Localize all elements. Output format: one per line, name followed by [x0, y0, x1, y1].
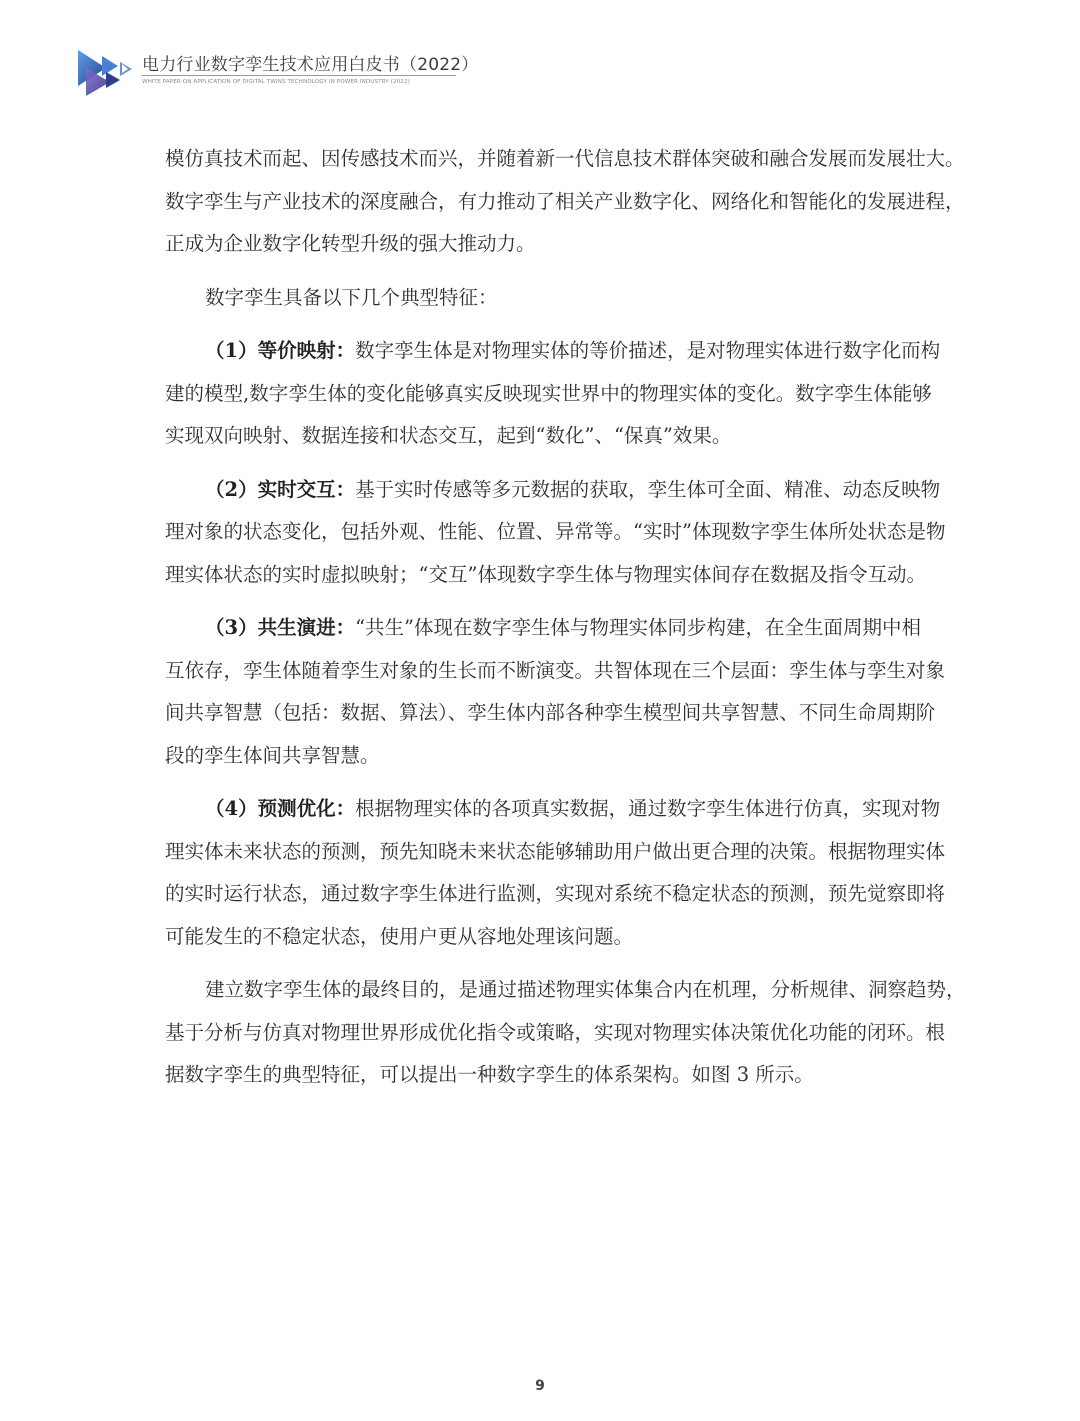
header-title: 电力行业数字孪生技术应用白皮书（2022） — [142, 50, 478, 75]
text-line: 正成为企业数字化转型升级的强大推动力。 — [165, 223, 925, 266]
text-line: 理实体状态的实时虚拟映射；“交互”体现数字孪生体与物理实体间存在数据及指令互动。 — [165, 554, 925, 597]
document-body: 模仿真技术而起、因传感技术而兴，并随着新一代信息技术群体突破和融合发展而发展壮大… — [165, 138, 925, 1097]
text-line: 数字孪生体是对物理实体的等价描述，是对物理实体进行数字化而构 — [355, 339, 940, 362]
paragraph-conclusion: 建立数字孪生体的最终目的，是通过描述物理实体集合内在机理，分析规律、洞察趋势， … — [165, 969, 925, 1097]
text-line: 段的孪生体间共享智慧。 — [165, 735, 925, 778]
text-line: 可能发生的不稳定状态，使用户更从容地处理该问题。 — [165, 916, 925, 959]
text-line: 实现双向映射、数据连接和状态交互，起到“数化”、“保真”效果。 — [165, 415, 925, 458]
text-line: 基于分析与仿真对物理世界形成优化指令或策略，实现对物理实体决策优化功能的闭环。根 — [165, 1012, 925, 1055]
page-number: 9 — [0, 1378, 1080, 1394]
text-line: 理对象的状态变化，包括外观、性能、位置、异常等。“实时”体现数字孪生体所处状态是… — [165, 511, 925, 554]
feature-heading: （1）等价映射： — [205, 339, 355, 362]
text-line: 据数字孪生的典型特征，可以提出一种数字孪生的体系架构。如图 3 所示。 — [165, 1054, 925, 1097]
text-line: 理实体未来状态的预测，预先知晓未来状态能够辅助用户做出更合理的决策。根据物理实体 — [165, 831, 925, 874]
feature-heading: （2）实时交互： — [205, 478, 355, 501]
paragraph-features-intro: 数字孪生具备以下几个典型特征： — [165, 277, 925, 320]
text-line: “共生”体现在数字孪生体与物理实体同步构建，在全生面周期中相 — [355, 616, 921, 639]
feature-symbiotic-evolution: （3）共生演进：“共生”体现在数字孪生体与物理实体同步构建，在全生面周期中相 互… — [165, 607, 925, 777]
document-header: 电力行业数字孪生技术应用白皮书（2022） WHITE PAPER ON APP… — [76, 44, 476, 100]
text-line: 的实时运行状态，通过数字孪生体进行监测，实现对系统不稳定状态的预测，预先觉察即将 — [165, 873, 925, 916]
header-divider — [142, 75, 456, 76]
triangle-play-logo-icon — [76, 46, 136, 98]
feature-equivalent-mapping: （1）等价映射：数字孪生体是对物理实体的等价描述，是对物理实体进行数字化而构 建… — [165, 330, 925, 458]
text-line: 数字孪生与产业技术的深度融合，有力推动了相关产业数字化、网络化和智能化的发展进程… — [165, 181, 925, 224]
text-line: 基于实时传感等多元数据的获取，孪生体可全面、精准、动态反映物 — [355, 478, 940, 501]
text-line: 建立数字孪生体的最终目的，是通过描述物理实体集合内在机理，分析规律、洞察趋势， — [165, 969, 925, 1012]
feature-realtime-interaction: （2）实时交互：基于实时传感等多元数据的获取，孪生体可全面、精准、动态反映物 理… — [165, 469, 925, 597]
text-line: 模仿真技术而起、因传感技术而兴，并随着新一代信息技术群体突破和融合发展而发展壮大… — [165, 138, 925, 181]
header-subtitle: WHITE PAPER ON APPLICATION OF DIGITAL TW… — [142, 79, 410, 85]
feature-predictive-optimization: （4）预测优化：根据物理实体的各项真实数据，通过数字孪生体进行仿真，实现对物 理… — [165, 788, 925, 958]
text-line: 互依存，孪生体随着孪生对象的生长而不断演变。共智体现在三个层面：孪生体与孪生对象 — [165, 650, 925, 693]
paragraph-intro: 模仿真技术而起、因传感技术而兴，并随着新一代信息技术群体突破和融合发展而发展壮大… — [165, 138, 925, 266]
feature-heading: （4）预测优化： — [205, 797, 355, 820]
text-line: 根据物理实体的各项真实数据，通过数字孪生体进行仿真，实现对物 — [355, 797, 940, 820]
feature-heading: （3）共生演进： — [205, 616, 355, 639]
text-line: 建的模型,数字孪生体的变化能够真实反映现实世界中的物理实体的变化。数字孪生体能够 — [165, 373, 925, 416]
text-line: 间共享智慧（包括：数据、算法）、孪生体内部各种孪生模型间共享智慧、不同生命周期阶 — [165, 692, 925, 735]
text-line: 数字孪生具备以下几个典型特征： — [165, 277, 925, 320]
